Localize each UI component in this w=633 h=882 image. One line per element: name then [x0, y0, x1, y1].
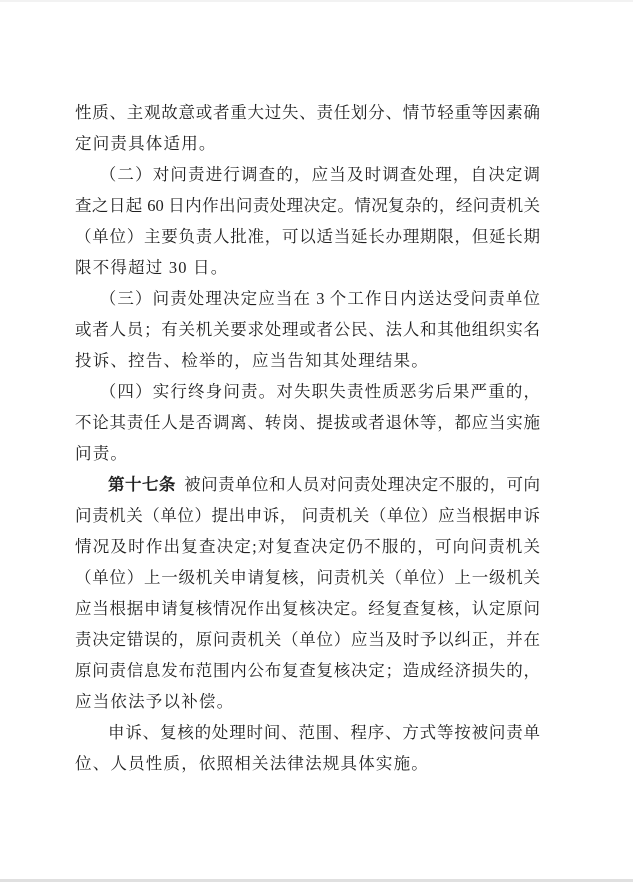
document-line: 情况及时作出复查决定;对复查决定仍不服的，可向问责机关: [75, 531, 540, 562]
article-number: 第十七条: [108, 475, 176, 494]
document-line: 限不得超过 30 日。: [75, 252, 540, 283]
document-line: 位、人员性质，依照相关法律法规具体实施。: [75, 748, 540, 779]
document-line: 应当根据申请复核情况作出复核决定。经复查复核，认定原问: [75, 593, 540, 624]
document-line: 应当依法予以补偿。: [75, 686, 540, 717]
document-page: 性质、主观故意或者重大过失、责任划分、情节轻重等因素确定问责具体适用。（二）对问…: [0, 0, 633, 882]
document-line: 原问责信息发布范围内公布复查复核决定；造成经济损失的，: [75, 655, 540, 686]
page-top-edge: [0, 0, 633, 2]
document-line: 或者人员；有关机关要求处理或者公民、法人和其他组织实名: [75, 314, 540, 345]
document-line: 不论其责任人是否调离、转岗、提拔或者退休等，都应当实施: [75, 407, 540, 438]
document-line: （四）实行终身问责。对失职失责性质恶劣后果严重的，: [75, 376, 540, 407]
document-line: （二）对问责进行调查的，应当及时调查处理，自决定调: [75, 159, 540, 190]
document-line: （三）问责处理决定应当在 3 个工作日内送达受问责单位: [75, 283, 540, 314]
document-line: （单位）主要负责人批准，可以适当延长办理期限，但延长期: [75, 221, 540, 252]
document-body: 性质、主观故意或者重大过失、责任划分、情节轻重等因素确定问责具体适用。（二）对问…: [75, 97, 540, 779]
document-line: 投诉、控告、检举的，应当告知其处理结果。: [75, 345, 540, 376]
document-line: 性质、主观故意或者重大过失、责任划分、情节轻重等因素确: [75, 97, 540, 128]
document-line: 问责。: [75, 438, 540, 469]
document-line: 责决定错误的，原问责机关（单位）应当及时予以纠正，并在: [75, 624, 540, 655]
document-line: 第十七条被问责单位和人员对问责处理决定不服的，可向: [75, 469, 540, 500]
document-line: （单位）上一级机关申请复核，问责机关（单位）上一级机关: [75, 562, 540, 593]
document-line: 查之日起 60 日内作出问责处理决定。情况复杂的，经问责机关: [75, 190, 540, 221]
document-line: 定问责具体适用。: [75, 128, 540, 159]
document-line: 问责机关（单位）提出申诉， 问责机关（单位）应当根据申诉: [75, 500, 540, 531]
document-line: 申诉、复核的处理时间、范围、程序、方式等按被问责单: [75, 717, 540, 748]
